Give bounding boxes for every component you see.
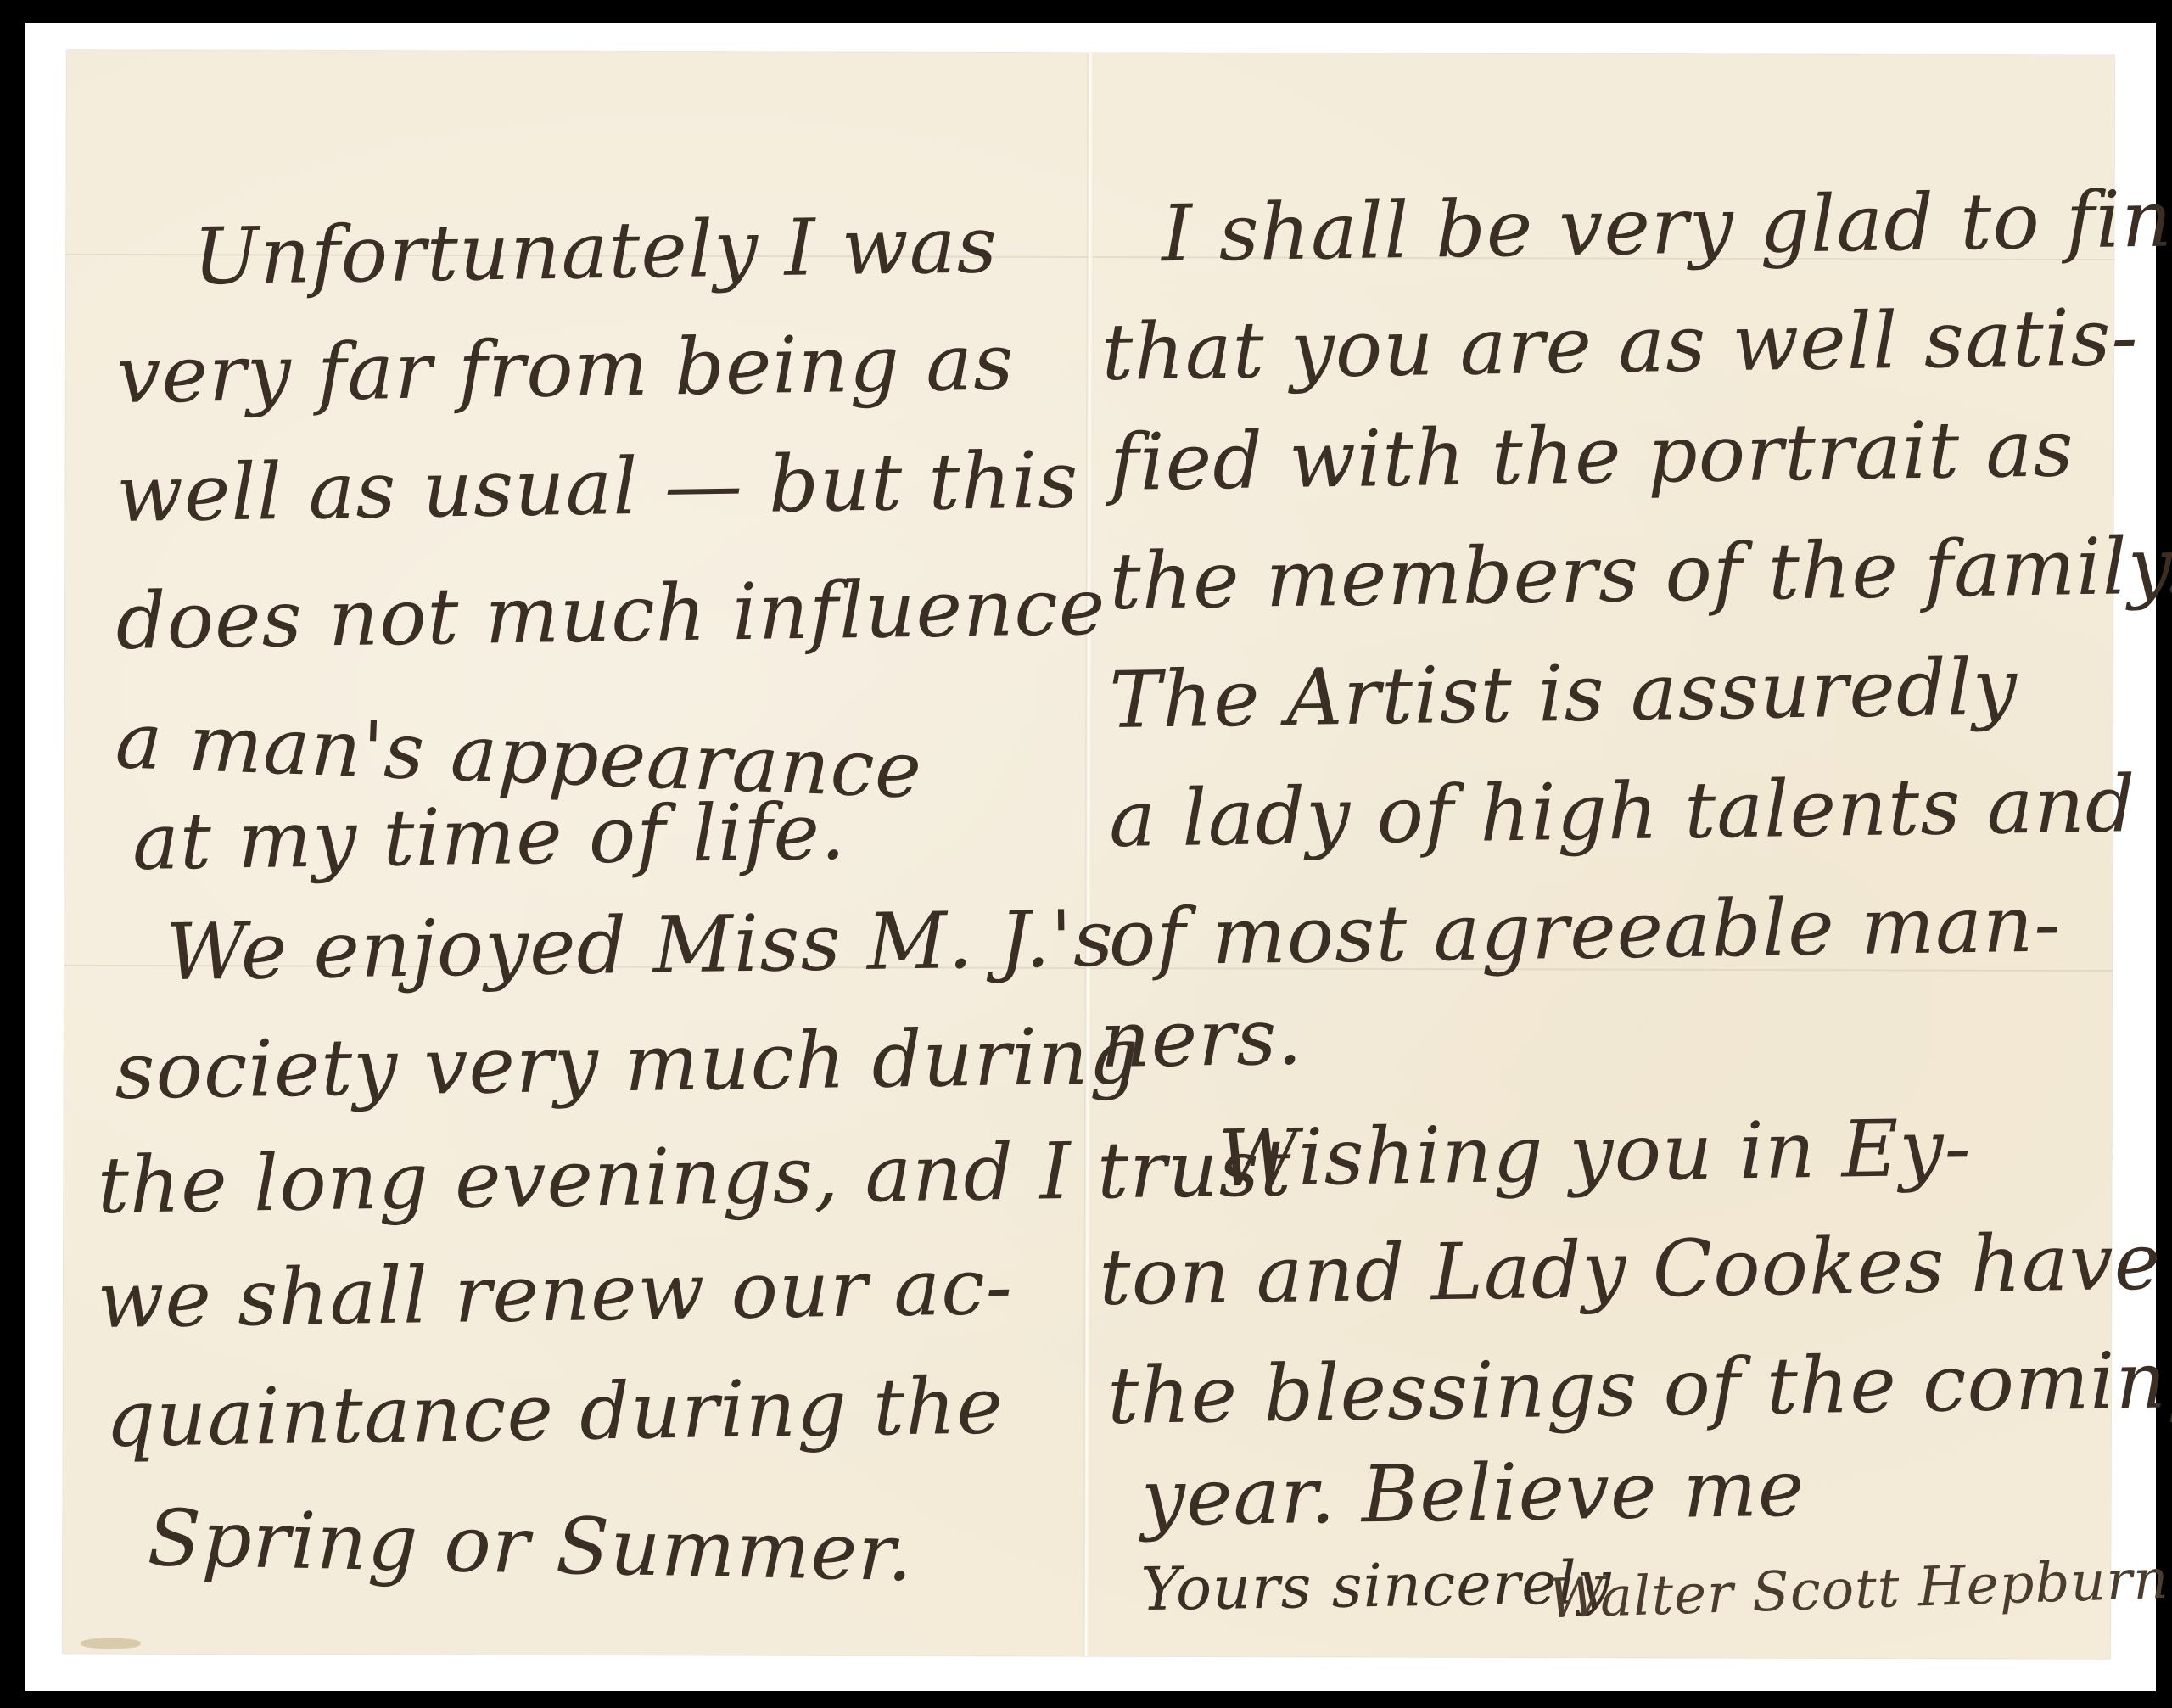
handwritten-line: we shall renew our ac- <box>97 1241 1014 1346</box>
handwritten-line: I shall be very glad to find <box>1161 173 2172 280</box>
handwritten-line: the blessings of the coming <box>1107 1335 2172 1442</box>
handwritten-line: very far from being as <box>116 316 1015 421</box>
handwritten-line: We enjoyed Miss M. J.'s <box>165 893 1115 999</box>
handwritten-line: does not much influence <box>115 562 1106 667</box>
handwritten-line: Unfortunately I was <box>193 199 998 302</box>
handwritten-line: the members of the family. <box>1109 520 2172 627</box>
handwritten-line: that you are as well satis- <box>1101 292 2139 398</box>
handwritten-line: ners. <box>1100 991 1304 1085</box>
handwritten-line: quaintance during the <box>104 1360 1004 1464</box>
handwritten-line: at my time of life. <box>132 787 847 888</box>
closing-salutation: Yours sincerely <box>1140 1548 1612 1624</box>
handwritten-line: fied with the portrait as <box>1109 403 2074 508</box>
left-page: Unfortunately I was very far from being … <box>63 50 1088 1656</box>
handwritten-line: society very much during <box>115 1011 1140 1117</box>
handwritten-line: The Artist is assuredly <box>1109 641 2018 746</box>
handwritten-line: well as usual — but this <box>115 434 1079 540</box>
handwritten-line: year. Believe me <box>1140 1443 1805 1544</box>
handwritten-line: a lady of high talents and <box>1108 759 2136 865</box>
handwritten-line: of most agreeable man- <box>1108 878 2062 983</box>
right-page: I shall be very glad to find that you ar… <box>1090 53 2115 1659</box>
handwritten-line: Spring or Summer. <box>147 1492 915 1599</box>
signature: Walter Scott Hepburn Forbes <box>1548 1542 2172 1632</box>
handwritten-line: Wishing you in Ey- <box>1218 1102 1972 1204</box>
letter-sheet: Unfortunately I was very far from being … <box>63 50 2115 1659</box>
handwritten-line: ton and Lady Cookes have <box>1099 1216 2162 1323</box>
